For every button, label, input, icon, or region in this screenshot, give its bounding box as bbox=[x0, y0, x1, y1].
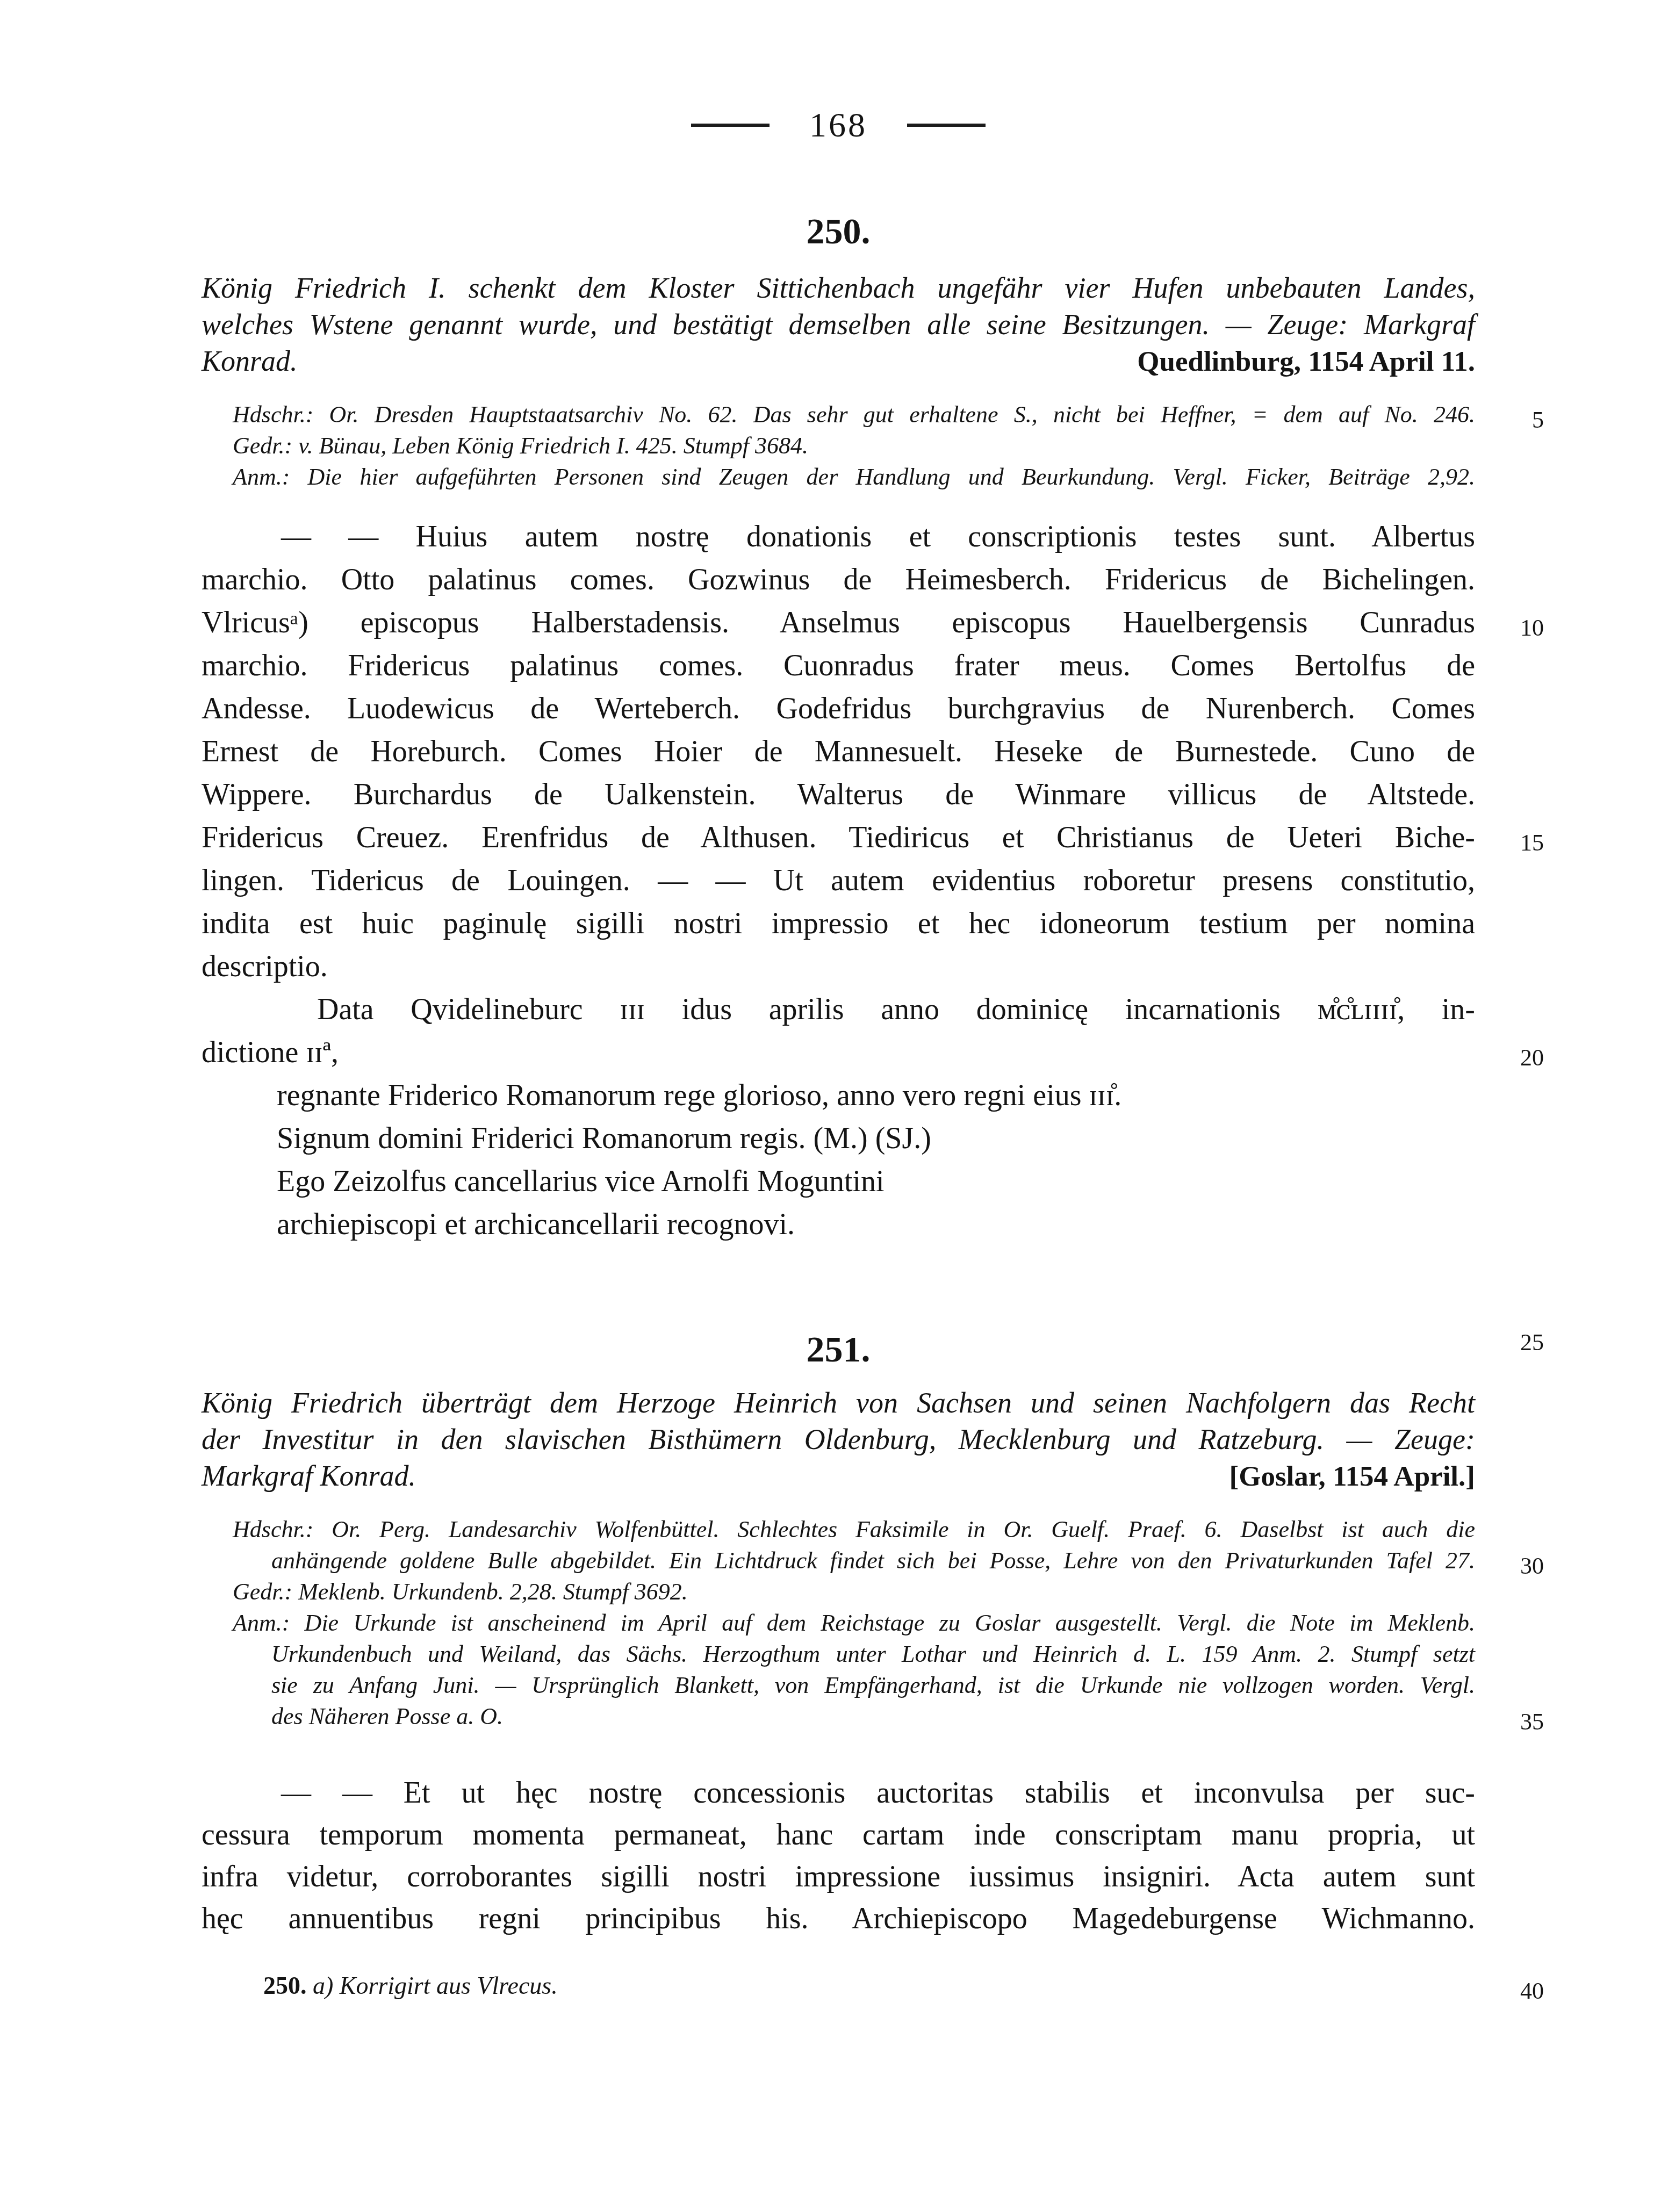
source-line: Gedr.: v. Bünau, Leben König Friedrich I… bbox=[233, 430, 1475, 462]
source-line: Anm.: Die Urkunde ist anscheinend im Apr… bbox=[233, 1608, 1475, 1639]
body-line: regnante Friderico Romanorum rege glorio… bbox=[202, 1074, 1475, 1117]
entry-251-text: — — Et ut hęc nostrę concessionis auctor… bbox=[202, 1772, 1475, 1940]
margin-line-number: 20 bbox=[1520, 1036, 1544, 1079]
margin-line-number: 35 bbox=[1520, 1706, 1544, 1738]
body-line: cessura temporum momenta permaneat, hanc… bbox=[202, 1814, 1475, 1856]
margin-line-number: 30 bbox=[1520, 1551, 1544, 1582]
source-line: des Näheren Posse a. O.35 bbox=[271, 1701, 1475, 1732]
summary-line: König Friedrich I. schenkt dem Kloster S… bbox=[202, 270, 1475, 306]
entry-251-number: 251. bbox=[807, 1329, 871, 1370]
body-line: infra videtur, corroborantes sigilli nos… bbox=[202, 1856, 1475, 1898]
entry-250-date: Quedlinburg, 1154 April 11. bbox=[1137, 343, 1475, 380]
summary-line: Konrad. Quedlinburg, 1154 April 11. bbox=[202, 343, 1475, 380]
summary-line: Markgraf Konrad. [Goslar, 1154 April.] bbox=[202, 1458, 1475, 1495]
source-line: Gedr.: Meklenb. Urkundenb. 2,28. Stumpf … bbox=[233, 1576, 1475, 1608]
page-header: 168 bbox=[202, 103, 1475, 147]
source-line: Hdschr.: Or. Dresden Hauptstaatsarchiv N… bbox=[233, 399, 1475, 430]
body-line: Data Qvidelineburc ɪɪɪ idus aprilis anno… bbox=[202, 988, 1475, 1031]
body-line: — — Huius autem nostrę donationis et con… bbox=[202, 515, 1475, 558]
body-line: Ernest de Horeburch. Comes Hoier de Mann… bbox=[202, 730, 1475, 773]
entry-250-number: 250. bbox=[807, 211, 871, 251]
body-line: marchio. Fridericus palatinus comes. Cuo… bbox=[202, 644, 1475, 687]
source-line: sie zu Anfang Juni. — Ursprünglich Blank… bbox=[271, 1670, 1475, 1701]
body-line: descriptio. bbox=[202, 945, 1475, 988]
summary-last-words: Markgraf Konrad. bbox=[202, 1458, 416, 1494]
entry-251-date: [Goslar, 1154 April.] bbox=[1229, 1458, 1475, 1495]
footnote-entry-ref: 250. bbox=[263, 1972, 307, 1999]
page-number: 168 bbox=[809, 105, 867, 145]
body-line: Fridericus Creuez. Erenfridus de Althuse… bbox=[202, 816, 1475, 859]
entry-251-source-notes: Hdschr.: Or. Perg. Landesarchiv Wolfenbü… bbox=[202, 1514, 1475, 1732]
margin-line-number: 10 bbox=[1520, 607, 1544, 650]
body-line: Wippere. Burchardus de Ualkenstein. Walt… bbox=[202, 773, 1475, 816]
body-line: Vlricusᵃ) episcopus Halberstadensis. Ans… bbox=[202, 601, 1475, 644]
margin-line-number: 5 bbox=[1532, 405, 1544, 436]
footnote: 250. a) Korrigirt aus Vlrecus. 40 bbox=[202, 1970, 1475, 2002]
entry-251-summary: König Friedrich überträgt dem Herzoge He… bbox=[202, 1385, 1475, 1495]
body-line: Signum domini Friderici Romanorum regis.… bbox=[202, 1117, 1475, 1160]
body-line: — — Et ut hęc nostrę concessionis auctor… bbox=[202, 1772, 1475, 1814]
margin-line-number: 15 bbox=[1520, 822, 1544, 864]
body-line: indita est huic paginulę sigilli nostri … bbox=[202, 902, 1475, 945]
body-line: marchio. Otto palatinus comes. Gozwinus … bbox=[202, 558, 1475, 601]
body-line: archiepiscopi et archicancellarii recogn… bbox=[202, 1203, 1475, 1246]
margin-line-number: 25 bbox=[1520, 1318, 1544, 1367]
source-line: Hdschr.: Or. Perg. Landesarchiv Wolfenbü… bbox=[233, 1514, 1475, 1545]
header-left-rule bbox=[691, 124, 770, 127]
body-line: Ego Zeizolfus cancellarius vice Arnolfi … bbox=[202, 1160, 1475, 1203]
source-line: Urkundenbuch und Weiland, das Sächs. Her… bbox=[271, 1639, 1475, 1670]
source-line: Anm.: Die hier aufgeführten Personen sin… bbox=[233, 462, 1475, 493]
body-line: Andesse. Luodewicus de Werteberch. Godef… bbox=[202, 687, 1475, 730]
summary-line: König Friedrich überträgt dem Herzoge He… bbox=[202, 1385, 1475, 1421]
scanned-book-page: 168 250. König Friedrich I. schenkt dem … bbox=[0, 0, 1661, 2212]
body-line: hęc annuentibus regni principibus his. A… bbox=[202, 1898, 1475, 1940]
margin-line-number: 40 bbox=[1520, 1975, 1544, 2007]
summary-line: welches Wstene genannt wurde, und bestät… bbox=[202, 306, 1475, 343]
entry-250-source-notes: Hdschr.: Or. Dresden Hauptstaatsarchiv N… bbox=[202, 399, 1475, 493]
summary-line: der Investitur in den slavischen Bisthüm… bbox=[202, 1421, 1475, 1458]
entry-250-summary: König Friedrich I. schenkt dem Kloster S… bbox=[202, 270, 1475, 380]
entry-251-heading: 251. 25 bbox=[202, 1324, 1475, 1374]
footnote-text: a) Korrigirt aus Vlrecus. bbox=[307, 1972, 558, 1999]
body-line: lingen. Tidericus de Louingen. — — Ut au… bbox=[202, 859, 1475, 902]
summary-last-words: Konrad. bbox=[202, 343, 298, 379]
header-right-rule bbox=[907, 124, 986, 127]
text-column: 168 250. König Friedrich I. schenkt dem … bbox=[202, 103, 1475, 2002]
body-line: dictione ɪɪª,20 bbox=[202, 1031, 1475, 1074]
source-line: anhängende goldene Bulle abgebildet. Ein… bbox=[271, 1545, 1475, 1576]
entry-250-heading: 250. bbox=[202, 206, 1475, 256]
entry-250-text: — — Huius autem nostrę donationis et con… bbox=[202, 515, 1475, 1246]
